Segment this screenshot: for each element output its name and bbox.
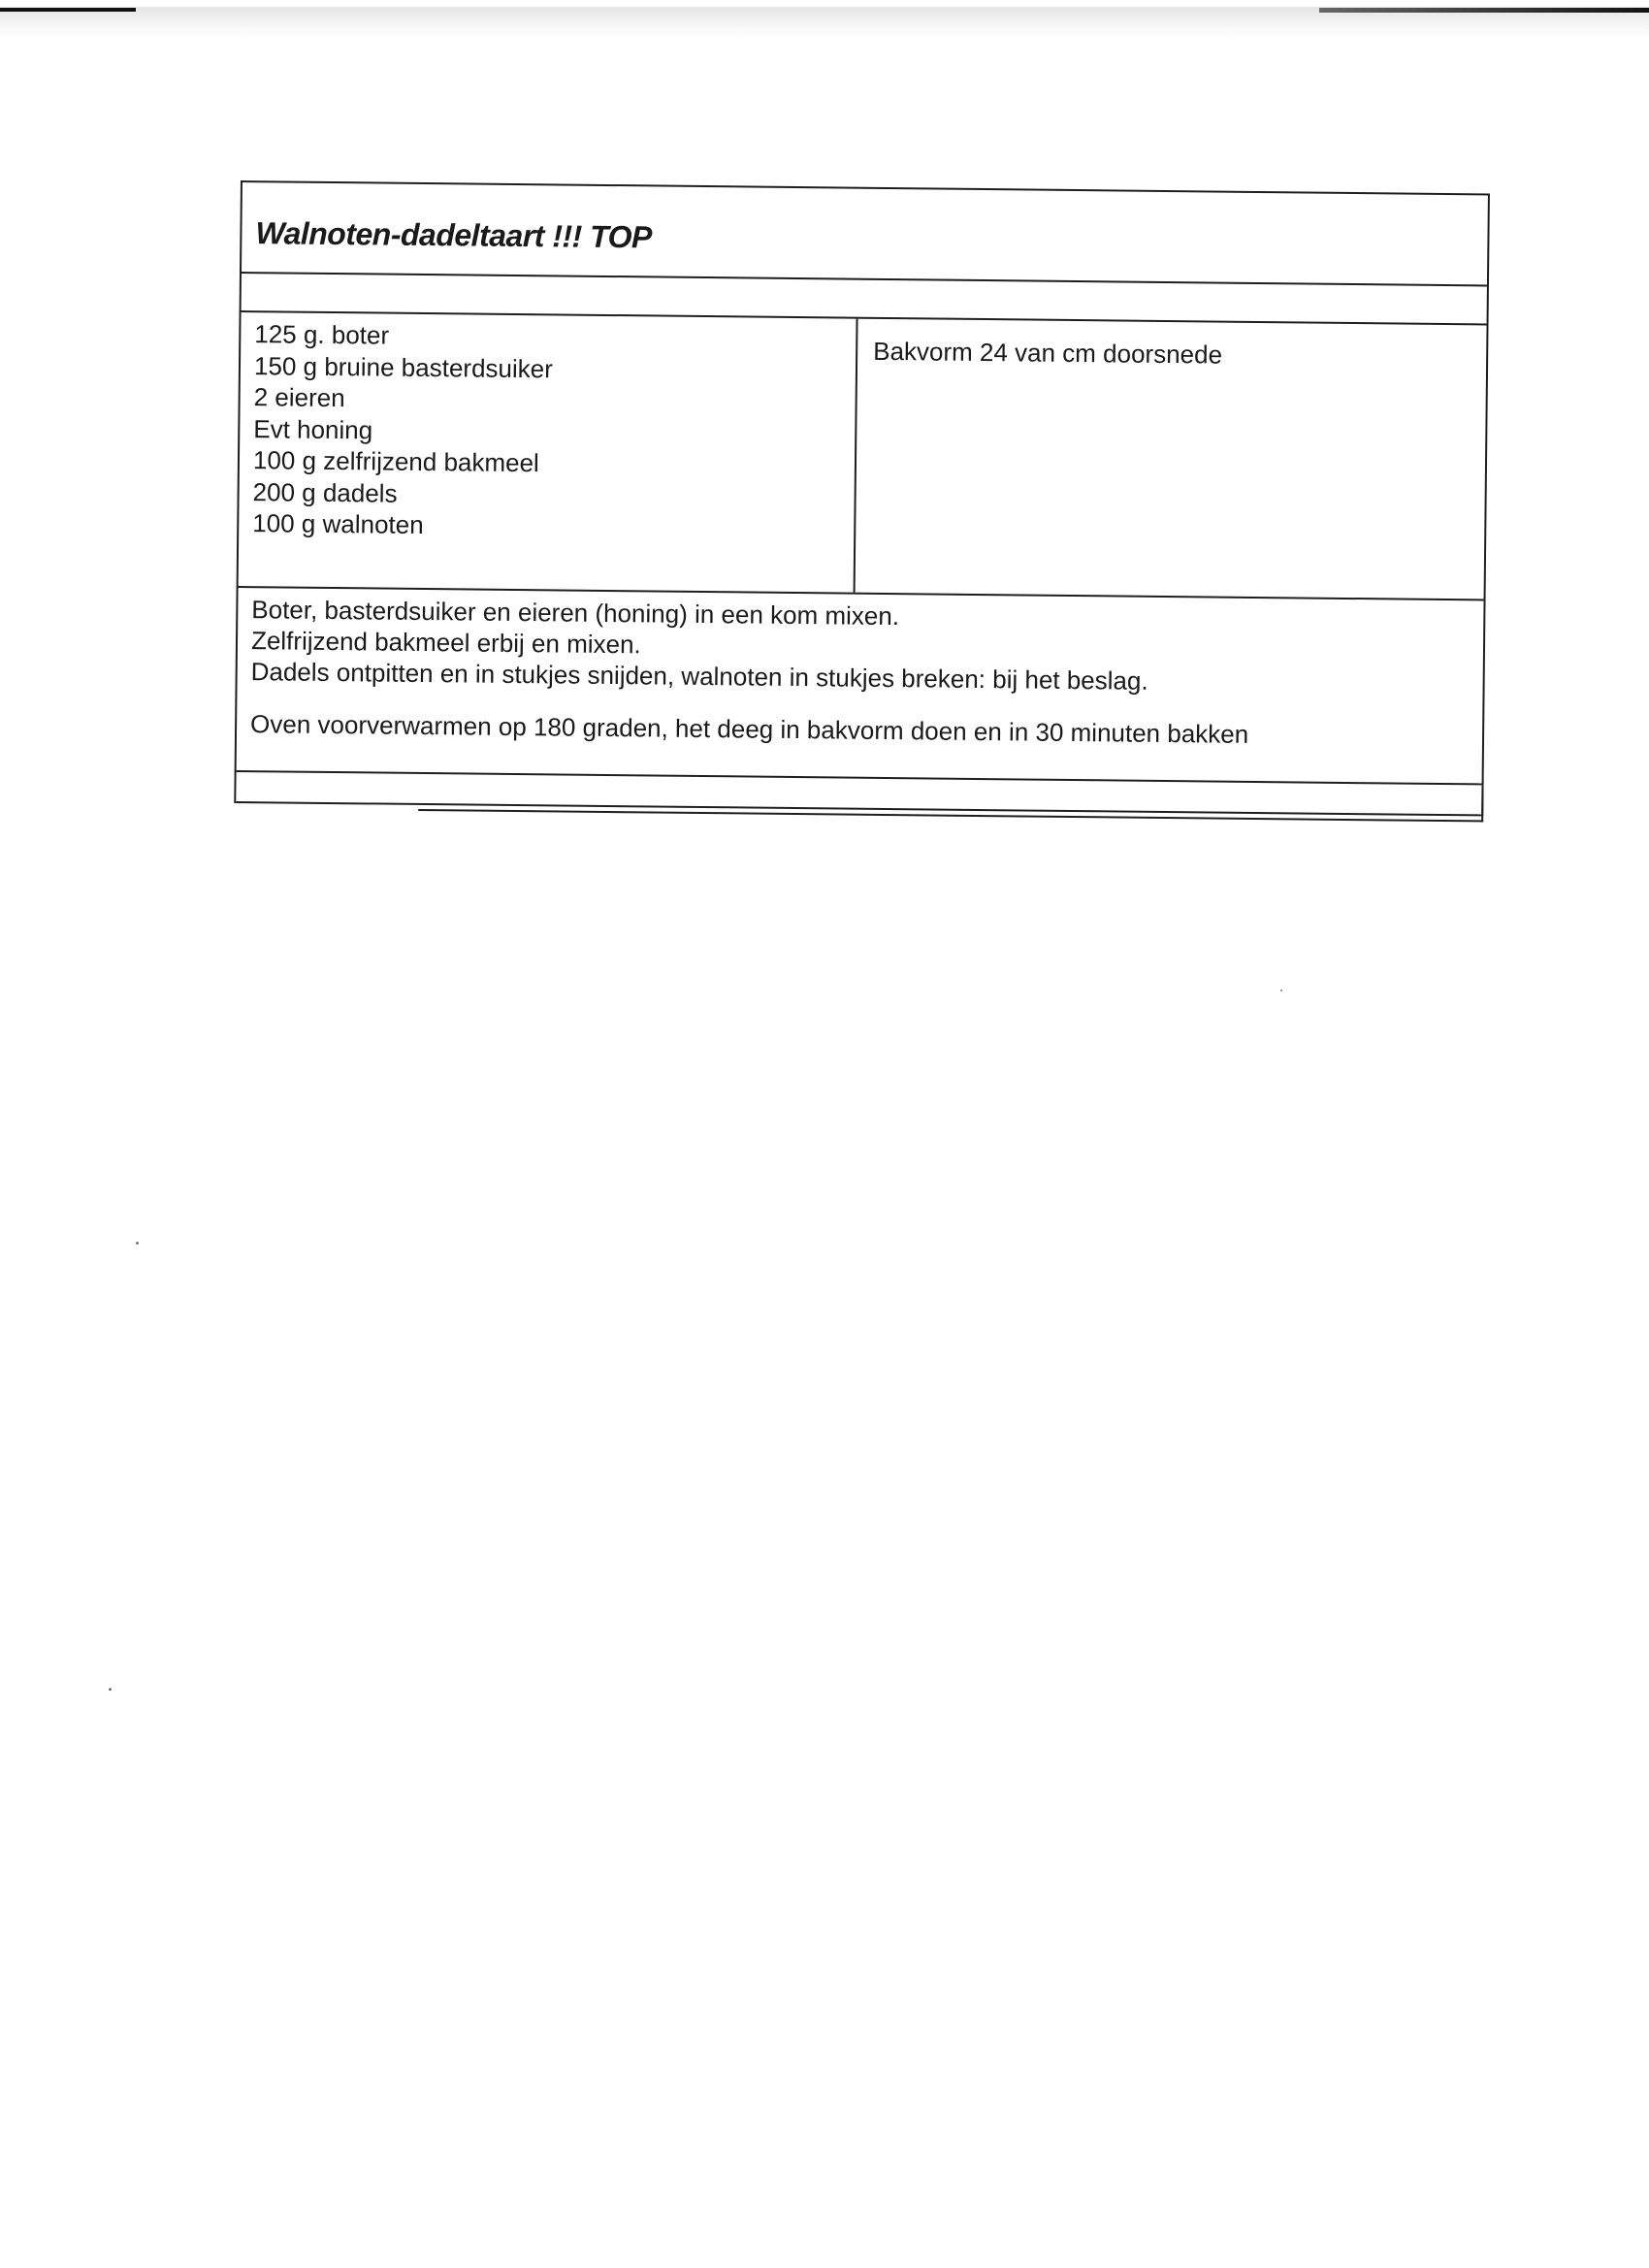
title-row: Walnoten-dadeltaart !!! TOP xyxy=(242,182,1488,286)
scan-speck xyxy=(1280,989,1282,991)
scan-edge xyxy=(0,8,136,12)
scan-shadow xyxy=(0,0,1649,39)
instruction-step: Oven voorverwarmen op 180 graden, het de… xyxy=(250,708,1482,752)
ingredients-row: 125 g. boter 150 g bruine basterdsuiker … xyxy=(239,312,1487,600)
scan-edge xyxy=(1319,8,1649,13)
ingredient: 100 g walnoten xyxy=(252,507,854,545)
baking-note-cell: Bakvorm 24 van cm doorsnede xyxy=(856,319,1487,599)
recipe-card: Walnoten-dadeltaart !!! TOP 125 g. boter… xyxy=(234,180,1490,816)
recipe-table: Walnoten-dadeltaart !!! TOP 125 g. boter… xyxy=(234,180,1490,816)
ingredients-list: 125 g. boter 150 g bruine basterdsuiker … xyxy=(239,312,858,593)
scan-speck xyxy=(136,1242,139,1245)
scan-speck xyxy=(109,1688,112,1691)
baking-note: Bakvorm 24 van cm doorsnede xyxy=(873,337,1486,373)
instructions-row: Boter, basterdsuiker en eieren (honing) … xyxy=(237,588,1484,785)
recipe-title: Walnoten-dadeltaart !!! TOP xyxy=(255,215,652,255)
table-border xyxy=(1481,791,1483,822)
